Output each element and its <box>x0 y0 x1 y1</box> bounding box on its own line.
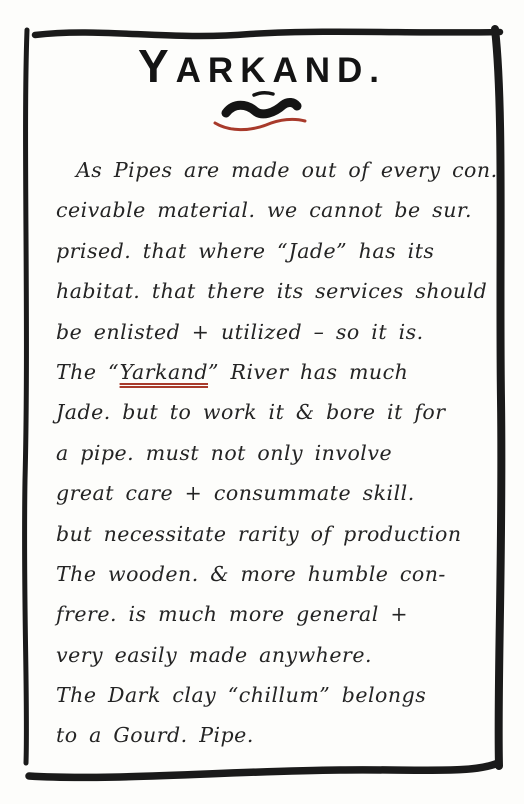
line-text: The “ <box>56 360 120 384</box>
manuscript-line: habitat. that there its services should <box>56 271 492 311</box>
line-text: great care + consummate skill. <box>56 481 415 505</box>
manuscript-line: be enlisted + utilized – so it is. <box>56 312 492 352</box>
border-top <box>35 32 500 36</box>
red-swoosh-flourish-icon <box>215 119 305 129</box>
manuscript-line: to a Gourd. Pipe. <box>56 715 492 755</box>
page-title: YARKAND. <box>10 46 514 91</box>
manuscript-line: ceivable material. we cannot be sur. <box>56 190 492 230</box>
line-text: As Pipes are made out of every con. <box>76 158 498 182</box>
title-flourish <box>202 88 322 134</box>
manuscript-line: great care + consummate skill. <box>56 473 492 513</box>
line-text: very easily made anywhere. <box>56 643 372 667</box>
manuscript-line: As Pipes are made out of every con. <box>56 150 492 190</box>
border-left <box>25 30 27 763</box>
manuscript-line: Jade. but to work it & bore it for <box>56 392 492 432</box>
manuscript-line: The Dark clay “chillum” belongs <box>56 675 492 715</box>
line-text: a pipe. must not only involve <box>56 441 392 465</box>
border-right <box>495 29 501 766</box>
title-dash-icon <box>254 93 273 95</box>
line-text: to a Gourd. Pipe. <box>56 723 254 747</box>
line-text: The Dark clay “chillum” belongs <box>56 683 426 707</box>
line-text: Jade. but to work it & bore it for <box>56 400 446 424</box>
manuscript-line: but necessitate rarity of production <box>56 514 492 554</box>
line-text: ” River has much <box>208 360 408 384</box>
manuscript-line: frere. is much more general + <box>56 594 492 634</box>
line-text: habitat. that there its services should <box>56 279 487 303</box>
manuscript-lines: As Pipes are made out of every con.ceiva… <box>56 150 492 756</box>
black-wave-flourish-icon <box>226 102 297 113</box>
underlined-word: Yarkand <box>120 360 208 384</box>
line-text: The wooden. & more humble con- <box>56 562 446 586</box>
line-text: prised. that where “Jade” has its <box>56 239 434 263</box>
line-text: frere. is much more general + <box>56 602 408 626</box>
manuscript-line: prised. that where “Jade” has its <box>56 231 492 271</box>
manuscript-line: The “Yarkand” River has much <box>56 352 492 392</box>
line-text: be enlisted + utilized – so it is. <box>56 320 424 344</box>
manuscript-page: YARKAND. As Pipes are made out of every … <box>0 0 524 804</box>
line-text: but necessitate rarity of production <box>56 522 462 546</box>
border-bottom <box>29 763 498 777</box>
line-text: ceivable material. we cannot be sur. <box>56 198 472 222</box>
manuscript-line: a pipe. must not only involve <box>56 433 492 473</box>
manuscript-line: very easily made anywhere. <box>56 635 492 675</box>
manuscript-line: The wooden. & more humble con- <box>56 554 492 594</box>
